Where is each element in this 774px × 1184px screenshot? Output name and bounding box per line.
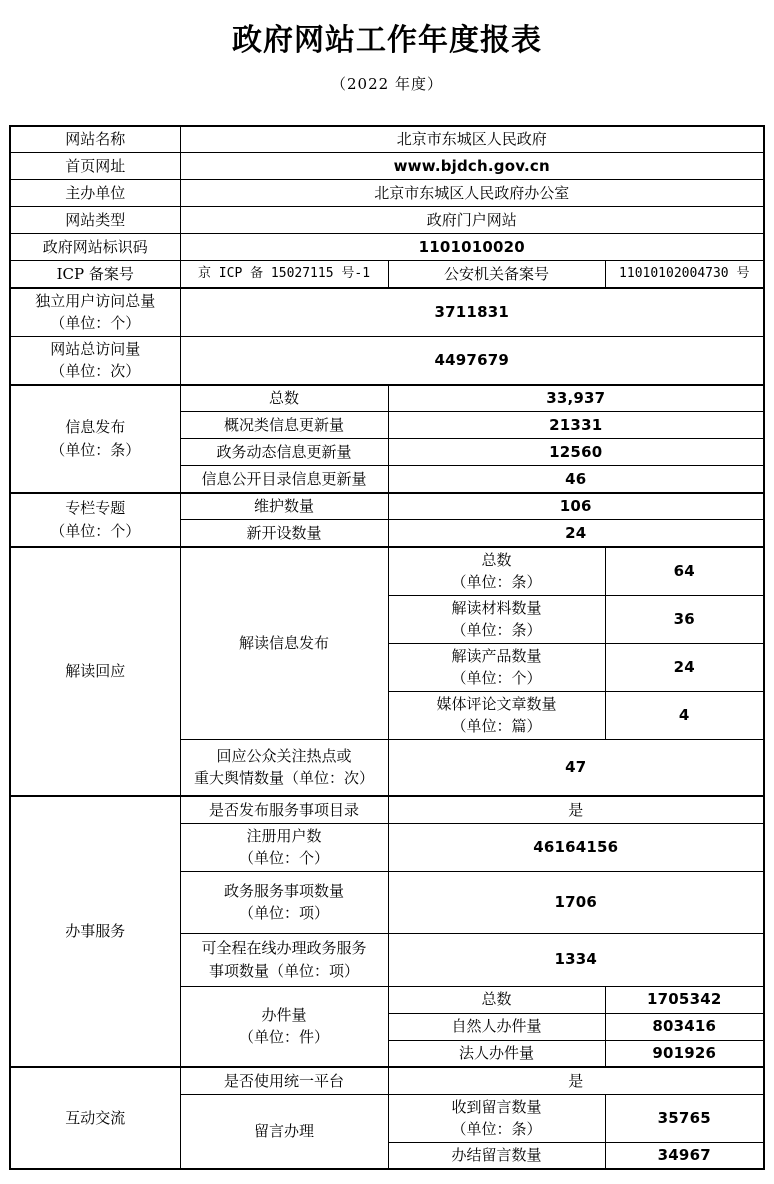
messages-completed-value: 34967 [605,1142,764,1169]
messages-completed-label: 办结留言数量 [388,1142,605,1169]
interp-hotspot-value: 47 [388,739,764,796]
info-publish-total-label: 总数 [180,385,388,412]
cases-legal-value: 901926 [605,1040,764,1067]
organizer-label: 主办单位 [10,180,180,207]
unified-platform-value: 是 [388,1067,764,1094]
special-new-value: 24 [388,520,764,547]
cases-total-value: 1705342 [605,986,764,1013]
site-type-label: 网站类型 [10,207,180,234]
services-section-label: 办事服务 [10,796,180,1067]
cases-natural-value: 803416 [605,1013,764,1040]
online-items-value: 1334 [388,933,764,986]
info-publish-overview-value: 21331 [388,412,764,439]
total-visits-value: 4497679 [180,336,764,385]
interp-media-value: 4 [605,691,764,739]
info-publish-dynamics-value: 12560 [388,439,764,466]
registered-users-value: 46164156 [388,823,764,871]
security-filing-value: 11010102004730 号 [605,261,764,288]
report-header: 政府网站工作年度报表 （2022 年度） [0,0,774,94]
interp-media-label: 媒体评论文章数量 （单位：篇） [388,691,605,739]
info-publish-total-value: 33,937 [388,385,764,412]
special-maintained-value: 106 [388,493,764,520]
unique-users-label: 独立用户访问总量 （单位：个） [10,288,180,337]
row-unified-platform: 互动交流 是否使用统一平台 是 [10,1067,764,1094]
cases-total-label: 总数 [388,986,605,1013]
site-code-label: 政府网站标识码 [10,234,180,261]
unified-platform-label: 是否使用统一平台 [180,1067,388,1094]
page-title: 政府网站工作年度报表 [0,22,774,60]
cases-legal-label: 法人办件量 [388,1040,605,1067]
info-publish-section-label: 信息发布 （单位：条） [10,385,180,493]
interp-hotspot-label: 回应公众关注热点或 重大舆情数量（单位：次） [180,739,388,796]
interpretation-section-label: 解读回应 [10,547,180,797]
interp-total-value: 64 [605,547,764,596]
special-new-label: 新开设数量 [180,520,388,547]
annual-report-table: 网站名称 北京市东城区人民政府 首页网址 www.bjdch.gov.cn 主办… [9,125,765,1171]
site-code-value: 1101010020 [180,234,764,261]
messages-received-label: 收到留言数量 （单位：条） [388,1094,605,1142]
row-icp: ICP 备案号 京 ICP 备 15027115 号-1 公安机关备案号 110… [10,261,764,288]
interp-total-label: 总数 （单位：条） [388,547,605,596]
unique-users-value: 3711831 [180,288,764,337]
special-maintained-label: 维护数量 [180,493,388,520]
info-publish-dynamics-label: 政务动态信息更新量 [180,439,388,466]
service-items-value: 1706 [388,871,764,933]
row-total-visits: 网站总访问量 （单位：次） 4497679 [10,336,764,385]
row-unique-users: 独立用户访问总量 （单位：个） 3711831 [10,288,764,337]
row-site-code: 政府网站标识码 1101010020 [10,234,764,261]
row-site-name: 网站名称 北京市东城区人民政府 [10,126,764,153]
row-interp-total: 解读回应 解读信息发布 总数 （单位：条） 64 [10,547,764,596]
homepage-value: www.bjdch.gov.cn [180,153,764,180]
service-items-label: 政务服务事项数量 （单位：项） [180,871,388,933]
row-special-maintained: 专栏专题 （单位：个） 维护数量 106 [10,493,764,520]
cases-section-label: 办件量 （单位：件） [180,986,388,1067]
online-items-label: 可全程在线办理政务服务 事项数量（单位：项） [180,933,388,986]
info-publish-catalog-label: 信息公开目录信息更新量 [180,466,388,493]
homepage-label: 首页网址 [10,153,180,180]
site-name-value: 北京市东城区人民政府 [180,126,764,153]
row-site-type: 网站类型 政府门户网站 [10,207,764,234]
total-visits-label: 网站总访问量 （单位：次） [10,336,180,385]
cases-natural-label: 自然人办件量 [388,1013,605,1040]
registered-users-label: 注册用户数 （单位：个） [180,823,388,871]
page-subtitle: （2022 年度） [0,73,774,94]
row-homepage: 首页网址 www.bjdch.gov.cn [10,153,764,180]
info-publish-catalog-value: 46 [388,466,764,493]
site-name-label: 网站名称 [10,126,180,153]
report-page: 政府网站工作年度报表 （2022 年度） 网站名称 北京市东城区人民政府 首页网… [0,0,774,1184]
icp-value: 京 ICP 备 15027115 号-1 [180,261,388,288]
icp-label: ICP 备案号 [10,261,180,288]
interp-products-label: 解读产品数量 （单位：个） [388,643,605,691]
messages-received-value: 35765 [605,1094,764,1142]
organizer-value: 北京市东城区人民政府办公室 [180,180,764,207]
special-columns-section-label: 专栏专题 （单位：个） [10,493,180,547]
row-service-catalog: 办事服务 是否发布服务事项目录 是 [10,796,764,823]
info-publish-overview-label: 概况类信息更新量 [180,412,388,439]
security-filing-label: 公安机关备案号 [388,261,605,288]
service-catalog-label: 是否发布服务事项目录 [180,796,388,823]
interp-materials-value: 36 [605,595,764,643]
messages-section-label: 留言办理 [180,1094,388,1169]
site-type-value: 政府门户网站 [180,207,764,234]
service-catalog-value: 是 [388,796,764,823]
interp-publish-label: 解读信息发布 [180,547,388,740]
interp-materials-label: 解读材料数量 （单位：条） [388,595,605,643]
interaction-section-label: 互动交流 [10,1067,180,1169]
interp-products-value: 24 [605,643,764,691]
row-organizer: 主办单位 北京市东城区人民政府办公室 [10,180,764,207]
row-info-publish-total: 信息发布 （单位：条） 总数 33,937 [10,385,764,412]
